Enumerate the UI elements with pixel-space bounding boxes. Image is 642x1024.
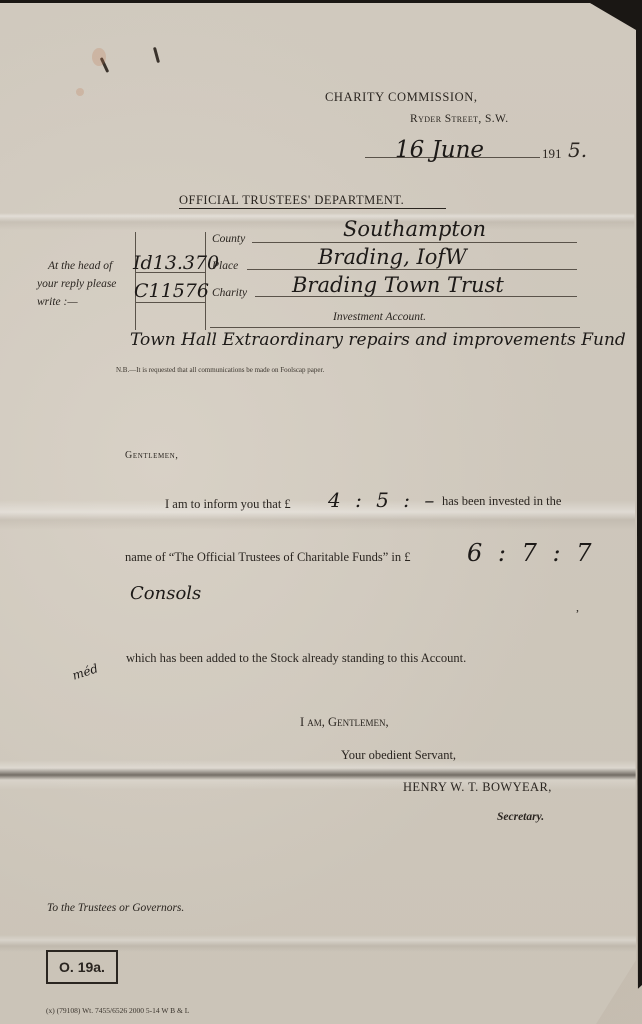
date-year-printed: 191 xyxy=(542,146,562,162)
amount-invested: 4 : 5 : – xyxy=(328,488,438,512)
reply-instruction-line: write :— xyxy=(37,296,78,308)
paragraph-text: which has been added to the Stock alread… xyxy=(126,651,466,666)
addressee: To the Trustees or Governors. xyxy=(47,902,184,914)
place-label: Place xyxy=(212,260,238,272)
fund-name: Town Hall Extraordinary repairs and impr… xyxy=(130,330,626,350)
department-title: OFFICIAL TRUSTEES' DEPARTMENT. xyxy=(179,193,404,208)
organization-name: CHARITY COMMISSION, xyxy=(325,90,478,105)
organization-address: Ryder Street, S.W. xyxy=(410,113,509,125)
stock-name: Consols xyxy=(130,583,201,604)
reply-instruction-line: your reply please xyxy=(37,278,116,290)
paragraph-text: name of “The Official Trustees of Charit… xyxy=(125,550,410,565)
print-code: (x) (79108) Wt. 7455/6526 2000 5-14 W B … xyxy=(46,1006,189,1015)
rust-stain xyxy=(92,48,106,66)
charity-label: Charity xyxy=(212,287,247,299)
account-type: Investment Account. xyxy=(333,311,426,323)
reply-instruction-line: At the head of xyxy=(48,260,112,272)
reference-line xyxy=(135,302,205,303)
letter-paper: CHARITY COMMISSION, Ryder Street, S.W. 1… xyxy=(0,0,642,1024)
place-value: Brading, IofW xyxy=(318,245,467,269)
county-line xyxy=(252,242,577,243)
charity-value: Brading Town Trust xyxy=(292,273,504,297)
signatory-name: HENRY W. T. BOWYEAR, xyxy=(403,780,552,795)
county-value: Southampton xyxy=(343,217,486,241)
date-year-handwritten: 5. xyxy=(568,138,587,162)
closing-line: I am, Gentlemen, xyxy=(300,715,389,730)
closing-line: Your obedient Servant, xyxy=(341,748,456,763)
footnote: N.B.—It is requested that all communicat… xyxy=(116,366,324,374)
county-label: County xyxy=(212,233,245,245)
salutation: Gentlemen, xyxy=(125,450,178,461)
department-underline xyxy=(179,208,446,209)
form-number: O. 19a. xyxy=(59,959,105,975)
rust-stain xyxy=(76,88,84,96)
account-line xyxy=(210,327,580,328)
date-handwritten: 16 June xyxy=(395,137,484,163)
paragraph-text: has been invested in the xyxy=(442,494,561,509)
form-number-box: O. 19a. xyxy=(46,950,118,984)
amount-stock: 6 : 7 : 7 xyxy=(467,539,596,567)
place-line xyxy=(247,269,577,270)
reference-number: C11576 xyxy=(134,280,209,302)
stock-trailing-mark: , xyxy=(576,600,579,615)
paragraph-text: I am to inform you that £ xyxy=(165,497,291,512)
reference-number: Id13.370 xyxy=(133,252,219,274)
signatory-title: Secretary. xyxy=(497,811,544,823)
